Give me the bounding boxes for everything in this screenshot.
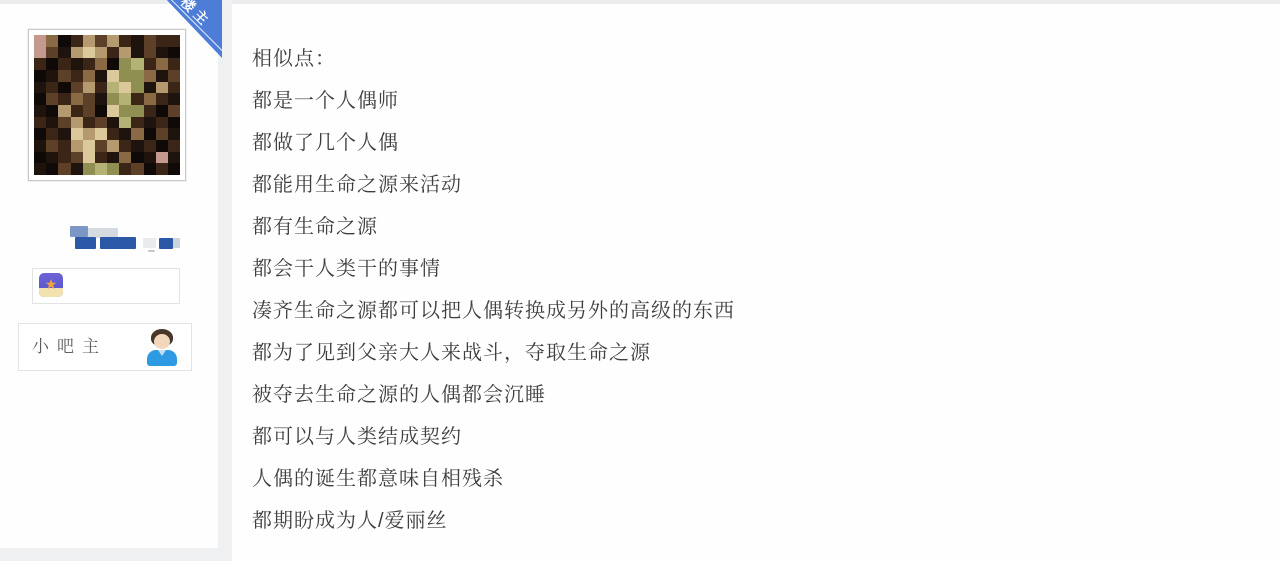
sidebar-bottom-gutter	[0, 548, 218, 561]
sun-medal-badge-icon[interactable]: ★	[39, 273, 63, 297]
post-line: 凑齐生命之源都可以把人偶转换成另外的高级的东西	[252, 290, 1252, 332]
post-line: 人偶的诞生都意味自相残杀	[252, 458, 1252, 500]
post-line: 都能用生命之源来活动	[252, 164, 1252, 206]
post-line: 都有生命之源	[252, 206, 1252, 248]
redacted-username-block	[148, 250, 155, 252]
redacted-username-block	[159, 238, 173, 249]
post-line: 都做了几个人偶	[252, 122, 1252, 164]
user-badge-box: ★	[32, 268, 180, 304]
post-body: 相似点：都是一个人偶师都做了几个人偶都能用生命之源来活动都有生命之源都会干人类干…	[252, 38, 1252, 542]
redacted-username-block	[75, 237, 96, 249]
redacted-username-block	[100, 237, 136, 249]
moderator-box: 小吧主	[18, 323, 192, 371]
moderator-label: 小吧主	[32, 324, 107, 370]
member-person-icon	[146, 328, 178, 366]
redacted-username-block	[173, 238, 180, 248]
post-line: 被夺去生命之源的人偶都会沉睡	[252, 374, 1252, 416]
post-line: 都是一个人偶师	[252, 80, 1252, 122]
post-line: 相似点：	[252, 38, 1252, 80]
person-face	[154, 334, 170, 349]
redacted-username-block	[143, 238, 156, 248]
sidebar-content-gutter	[218, 0, 232, 561]
post-line: 都期盼成为人/爱丽丝	[252, 500, 1252, 542]
post-line: 都为了见到父亲大人来战斗，夺取生命之源	[252, 332, 1252, 374]
badge-star-glyph: ★	[39, 273, 63, 295]
forum-post-page: 楼主 ★ 小吧主 相似点：都是一个人偶师都做了几个人偶都能用生命之源来活动都有生…	[0, 0, 1280, 561]
redacted-username-block	[70, 226, 88, 237]
username-redacted[interactable]	[0, 0, 218, 300]
post-line: 都会干人类干的事情	[252, 248, 1252, 290]
post-line: 都可以与人类结成契约	[252, 416, 1252, 458]
